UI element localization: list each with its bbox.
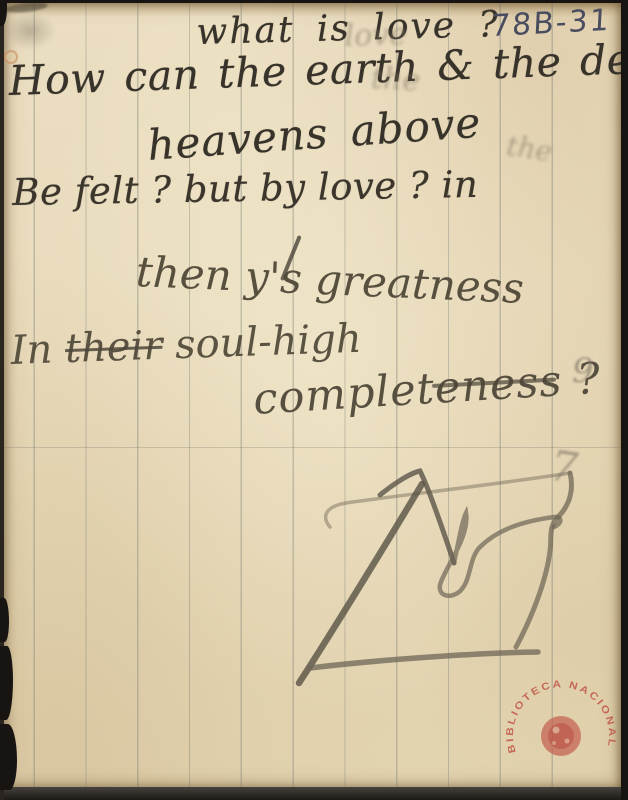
poem-line-6: completeness ? — [252, 356, 602, 424]
poem-line-1: How can the earth & the deep — [8, 35, 628, 104]
manuscript-scan: what is love ? 78B-31 How can the earth … — [0, 0, 628, 800]
poem-line-5-pre: In — [10, 326, 66, 374]
ghost-mark: the — [370, 61, 421, 99]
poem-line-2: heavens above — [146, 100, 483, 169]
torn-edge — [0, 598, 9, 642]
graphite-smudge — [4, 12, 56, 50]
poem-line-5-post: soul-high — [162, 316, 363, 369]
poem-line-5: In their soul-high — [10, 317, 362, 373]
ghost-mark: the — [504, 129, 554, 168]
ghost-mark: 9 — [572, 351, 594, 391]
library-stamp: BIBLIOTECA NACIONAL — [486, 671, 628, 800]
manuscript-page: what is love ? 78B-31 How can the earth … — [4, 3, 621, 789]
struck-word: their — [64, 323, 163, 372]
signature-monogram — [282, 449, 582, 699]
scan-edge-right — [621, 0, 628, 800]
ghost-mark: love — [344, 17, 408, 54]
scan-edge-top — [0, 0, 628, 3]
poem-line-4: then y's greatness — [135, 249, 525, 312]
scan-edge-bottom — [0, 787, 628, 800]
ruled-line-horizontal — [4, 447, 621, 448]
poem-line-3: Be felt ? but by love ? in — [12, 165, 479, 214]
